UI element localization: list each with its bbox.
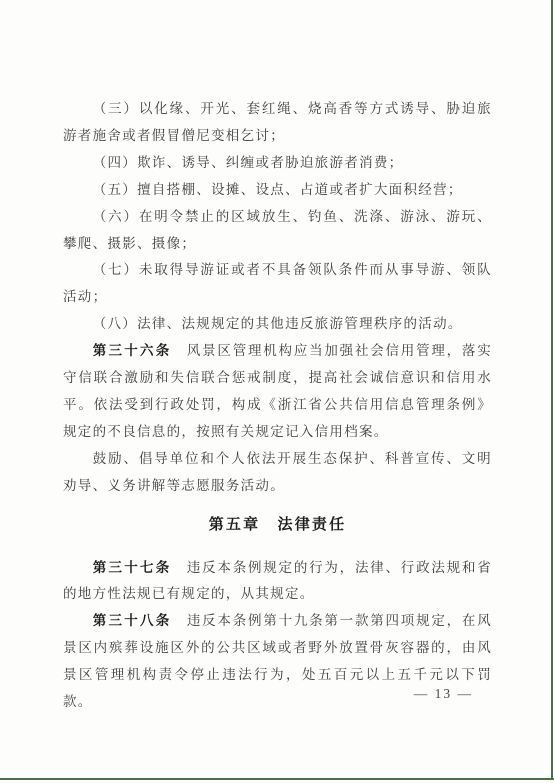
list-item-8: （八）法律、法规规定的其他违反旅游管理秩序的活动。 [63, 311, 492, 338]
document-page: （三）以化缘、开光、套红绳、烧高香等方式诱导、胁迫旅游者施舍或者假冒僧尼变相乞讨… [0, 0, 554, 783]
chapter-heading: 第五章 法律责任 [63, 512, 492, 539]
list-item-text: （四）欺诈、诱导、纠缠或者胁迫旅游者消费； [93, 155, 404, 170]
list-item-7: （七）未取得导游证或者不具备领队条件而从事导游、领队活动； [63, 257, 492, 311]
list-item-text: （六）在明令禁止的区域放生、钓鱼、洗涤、游泳、游玩、攀爬、摄影、摄像； [63, 209, 492, 251]
list-item-text: （三）以化缘、开光、套红绳、烧高香等方式诱导、胁迫旅游者施舍或者假冒僧尼变相乞讨… [63, 101, 492, 143]
paragraph-encouragement: 鼓励、倡导单位和个人依法开展生态保护、科普宣传、文明劝导、义务讲解等志愿服务活动… [63, 446, 492, 500]
page-number: — 13 — [414, 686, 473, 702]
article-number: 第三十八条 [93, 613, 172, 628]
scan-edge-bottom [0, 778, 554, 780]
list-item-text: （七）未取得导游证或者不具备领队条件而从事导游、领队活动； [63, 262, 492, 304]
list-item-5: （五）擅自搭棚、设摊、设点、占道或者扩大面积经营； [63, 177, 492, 204]
article-number: 第三十六条 [93, 343, 172, 358]
list-item-4: （四）欺诈、诱导、纠缠或者胁迫旅游者消费； [63, 150, 492, 177]
document-content: （三）以化缘、开光、套红绳、烧高香等方式诱导、胁迫旅游者施舍或者假冒僧尼变相乞讨… [63, 96, 492, 716]
list-item-text: （八）法律、法规规定的其他违反旅游管理秩序的活动。 [93, 316, 463, 331]
list-item-3: （三）以化缘、开光、套红绳、烧高香等方式诱导、胁迫旅游者施舍或者假冒僧尼变相乞讨… [63, 96, 492, 150]
list-item-text: （五）擅自搭棚、设摊、设点、占道或者扩大面积经营； [93, 182, 463, 197]
article-37: 第三十七条 违反本条例规定的行为，法律、行政法规和省的地方性法规已有规定的，从其… [63, 555, 492, 609]
article-number: 第三十七条 [93, 560, 172, 575]
article-36: 第三十六条 风景区管理机构应当加强社会信用管理，落实守信联合激励和失信联合惩戒制… [63, 338, 492, 446]
list-item-6: （六）在明令禁止的区域放生、钓鱼、洗涤、游泳、游玩、攀爬、摄影、摄像； [63, 204, 492, 258]
scan-edge-right [551, 0, 553, 780]
paragraph-text: 鼓励、倡导单位和个人依法开展生态保护、科普宣传、文明劝导、义务讲解等志愿服务活动… [63, 451, 492, 493]
